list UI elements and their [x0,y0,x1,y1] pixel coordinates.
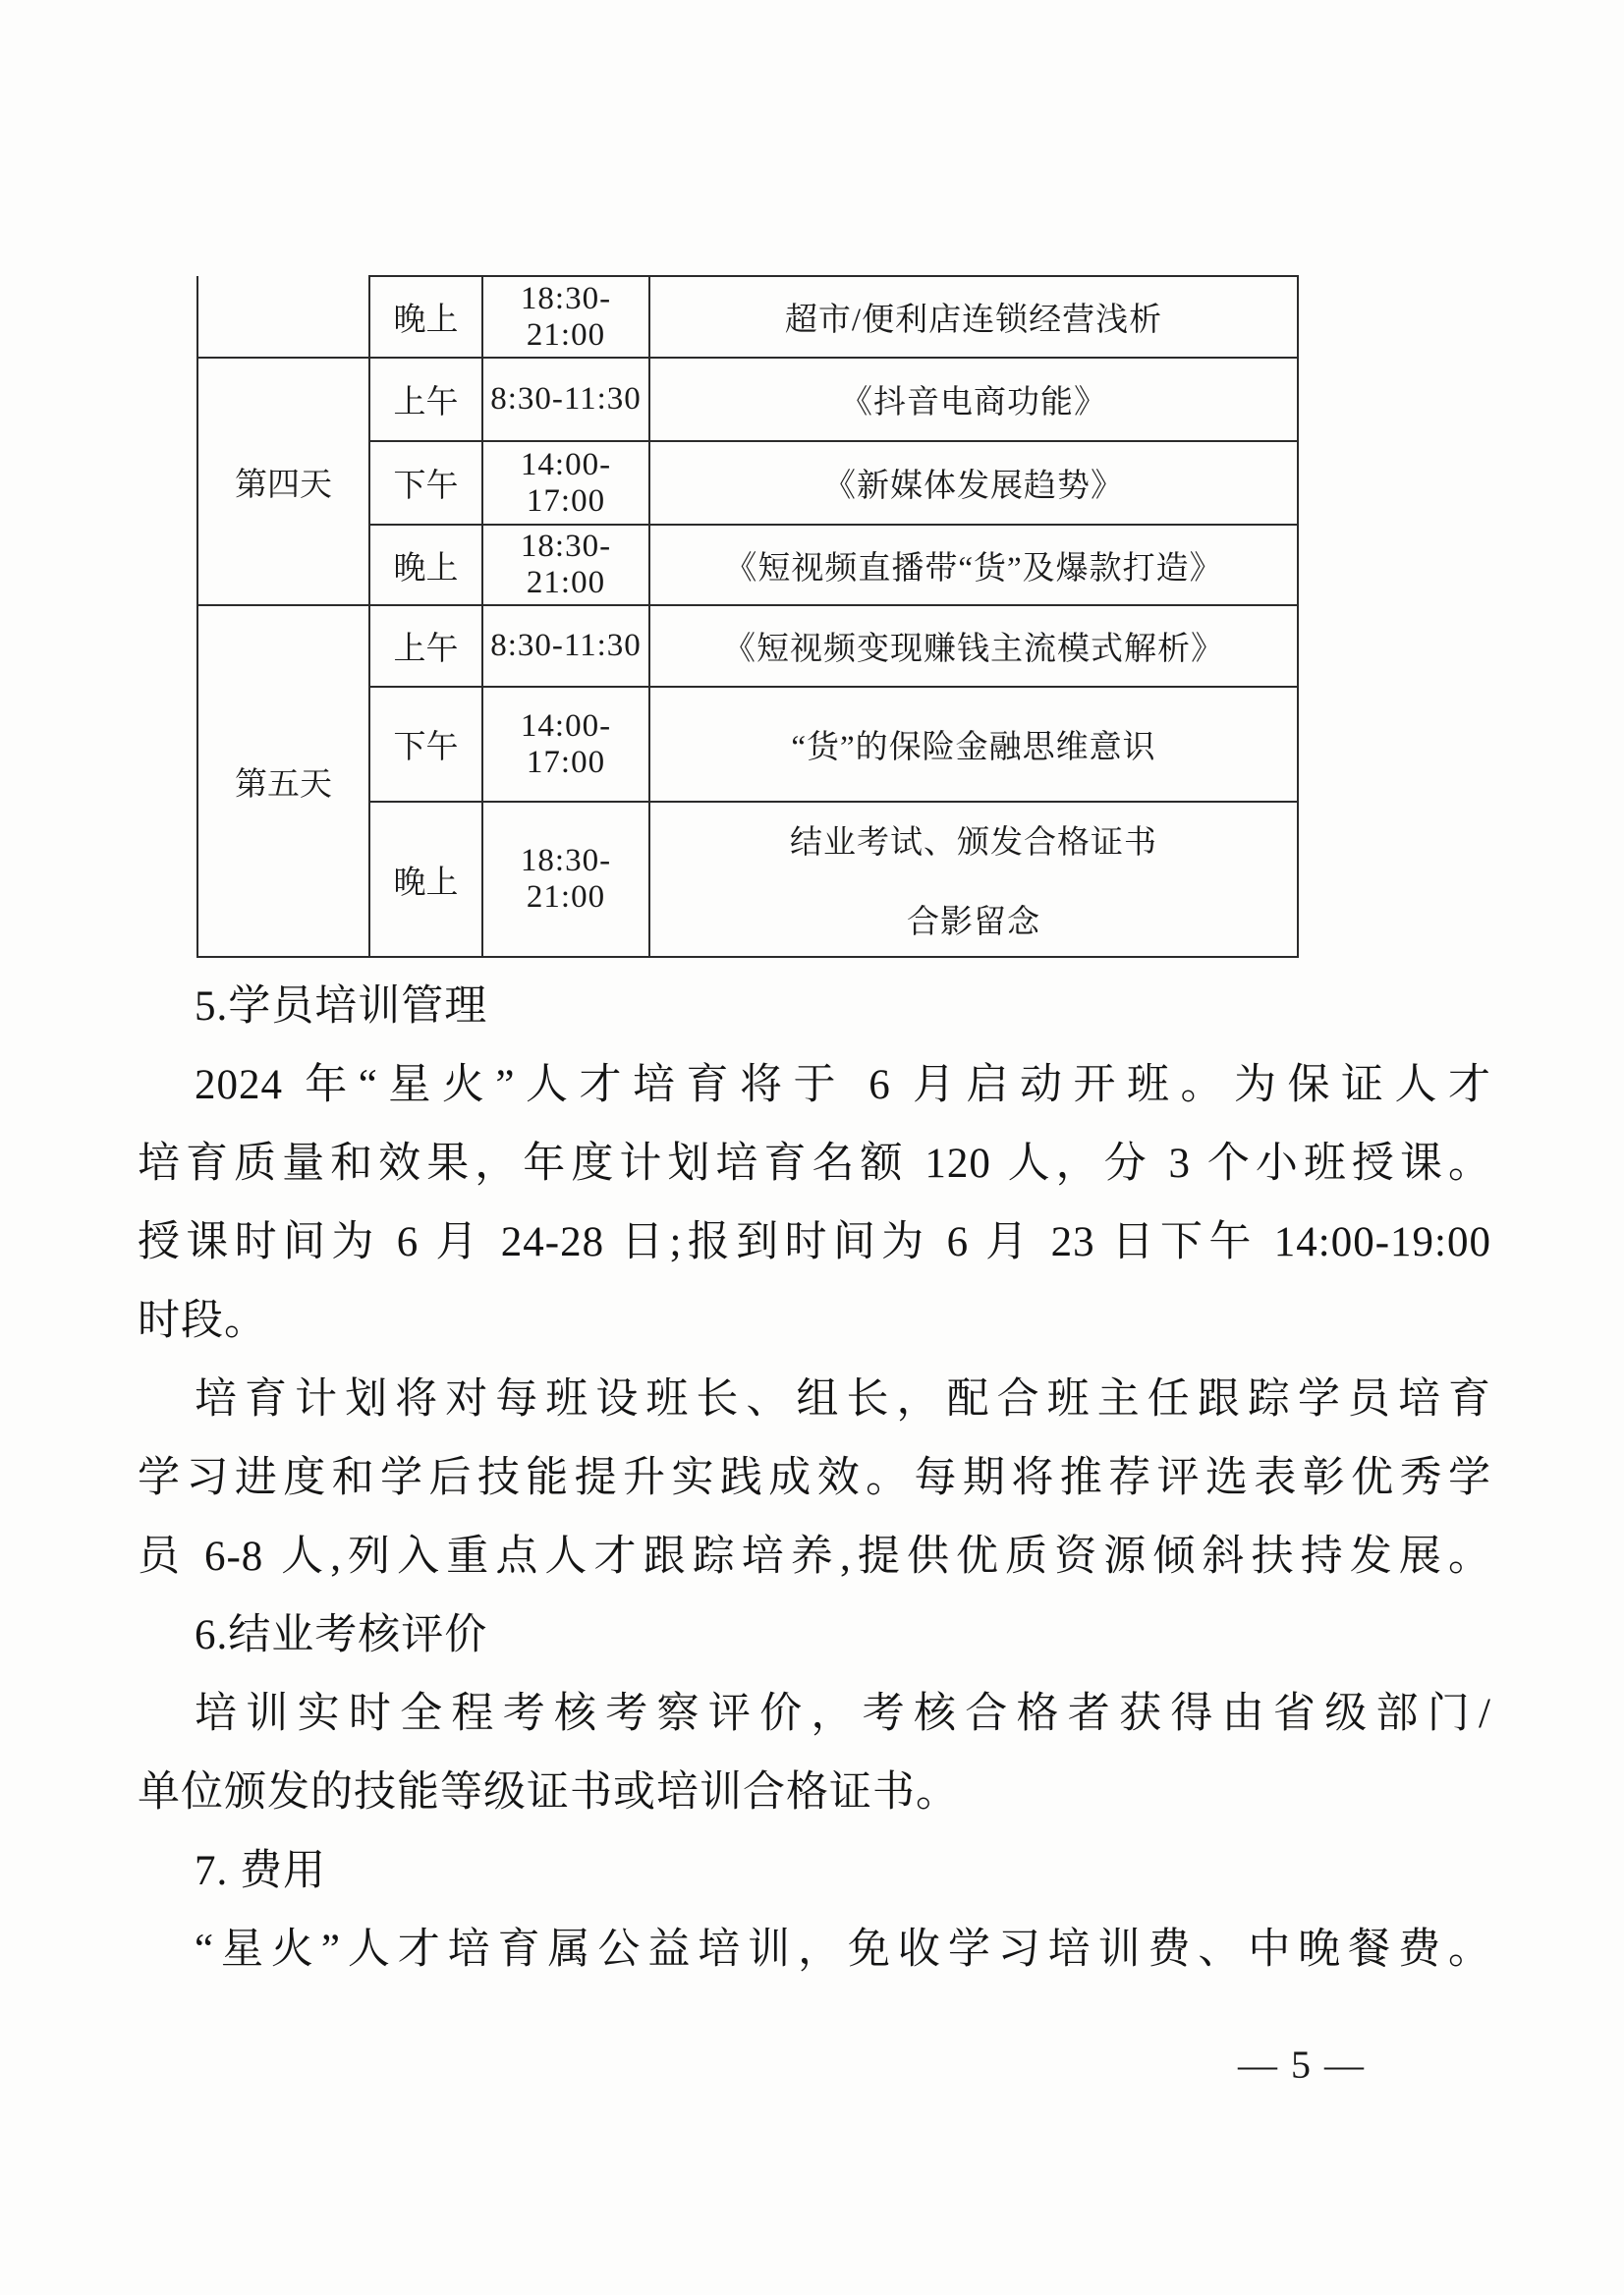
session-cell: 晚上 [369,276,482,358]
time-cell: 18:30-21:00 [482,276,649,358]
body-line: 授课时间为 6 月 24-28 日;报到时间为 6 月 23 日下午 14:00… [138,1203,1491,1282]
time-cell: 8:30-11:30 [482,605,649,687]
body-line: 学习进度和学后技能提升实践成效。每期将推荐评选表彰优秀学 [138,1439,1491,1518]
time-cell: 18:30-21:00 [482,802,649,957]
day-label-day4: 第四天 [197,358,369,605]
page-number: — 5 — [1218,2040,1385,2091]
body-line: 培育计划将对每班设班长、组长，配合班主任跟踪学员培育 [138,1361,1491,1439]
time-cell: 8:30-11:30 [482,358,649,441]
body-line: 单位颁发的技能等级证书或培训合格证书。 [138,1754,1491,1832]
course-line-photo: 合影留念 [650,896,1297,942]
session-cell: 上午 [369,358,482,441]
section-heading-5: 5.学员培训管理 [138,968,1491,1046]
body-line: 2024 年“星火”人才培育将于 6 月启动开班。为保证人才 [138,1046,1491,1125]
section-heading-7: 7. 费用 [138,1832,1491,1911]
session-cell: 下午 [369,687,482,802]
course-cell: 《新媒体发展趋势》 [649,441,1298,525]
course-cell: 《短视频直播带“货”及爆款打造》 [649,525,1298,605]
body-line: 培育质量和效果，年度计划培育名额 120 人，分 3 个小班授课。 [138,1125,1491,1203]
session-cell: 晚上 [369,802,482,957]
course-line-exam: 结业考试、颁发合格证书 [650,816,1297,863]
course-cell: “货”的保险金融思维意识 [649,687,1298,802]
course-cell: 《短视频变现赚钱主流模式解析》 [649,605,1298,687]
time-cell: 14:00-17:00 [482,687,649,802]
time-cell: 18:30-21:00 [482,525,649,605]
table-row: 晚上 18:30-21:00 超市/便利店连锁经营浅析 [197,276,1298,358]
session-cell: 下午 [369,441,482,525]
day-cell-continued [197,276,369,358]
table-row: 第五天 上午 8:30-11:30 《短视频变现赚钱主流模式解析》 [197,605,1298,687]
body-line: 时段。 [138,1282,1491,1361]
session-cell: 晚上 [369,525,482,605]
document-page: 晚上 18:30-21:00 超市/便利店连锁经营浅析 第四天 上午 8:30-… [0,0,1624,2295]
body-line: 培训实时全程考核考察评价，考核合格者获得由省级部门/ [138,1675,1491,1754]
session-cell: 上午 [369,605,482,687]
section-heading-6: 6.结业考核评价 [138,1596,1491,1675]
table-row: 第四天 上午 8:30-11:30 《抖音电商功能》 [197,358,1298,441]
course-cell: 结业考试、颁发合格证书 合影留念 [649,802,1298,957]
body-line: “星火”人才培育属公益培训，免收学习培训费、中晚餐费。 [138,1911,1491,1989]
day-label-day5: 第五天 [197,605,369,957]
schedule-table: 晚上 18:30-21:00 超市/便利店连锁经营浅析 第四天 上午 8:30-… [196,275,1299,958]
course-cell: 《抖音电商功能》 [649,358,1298,441]
document-body: 5.学员培训管理 2024 年“星火”人才培育将于 6 月启动开班。为保证人才 … [138,968,1491,1989]
body-line: 员 6-8 人,列入重点人才跟踪培养,提供优质资源倾斜扶持发展。 [138,1518,1491,1596]
course-cell: 超市/便利店连锁经营浅析 [649,276,1298,358]
time-cell: 14:00-17:00 [482,441,649,525]
